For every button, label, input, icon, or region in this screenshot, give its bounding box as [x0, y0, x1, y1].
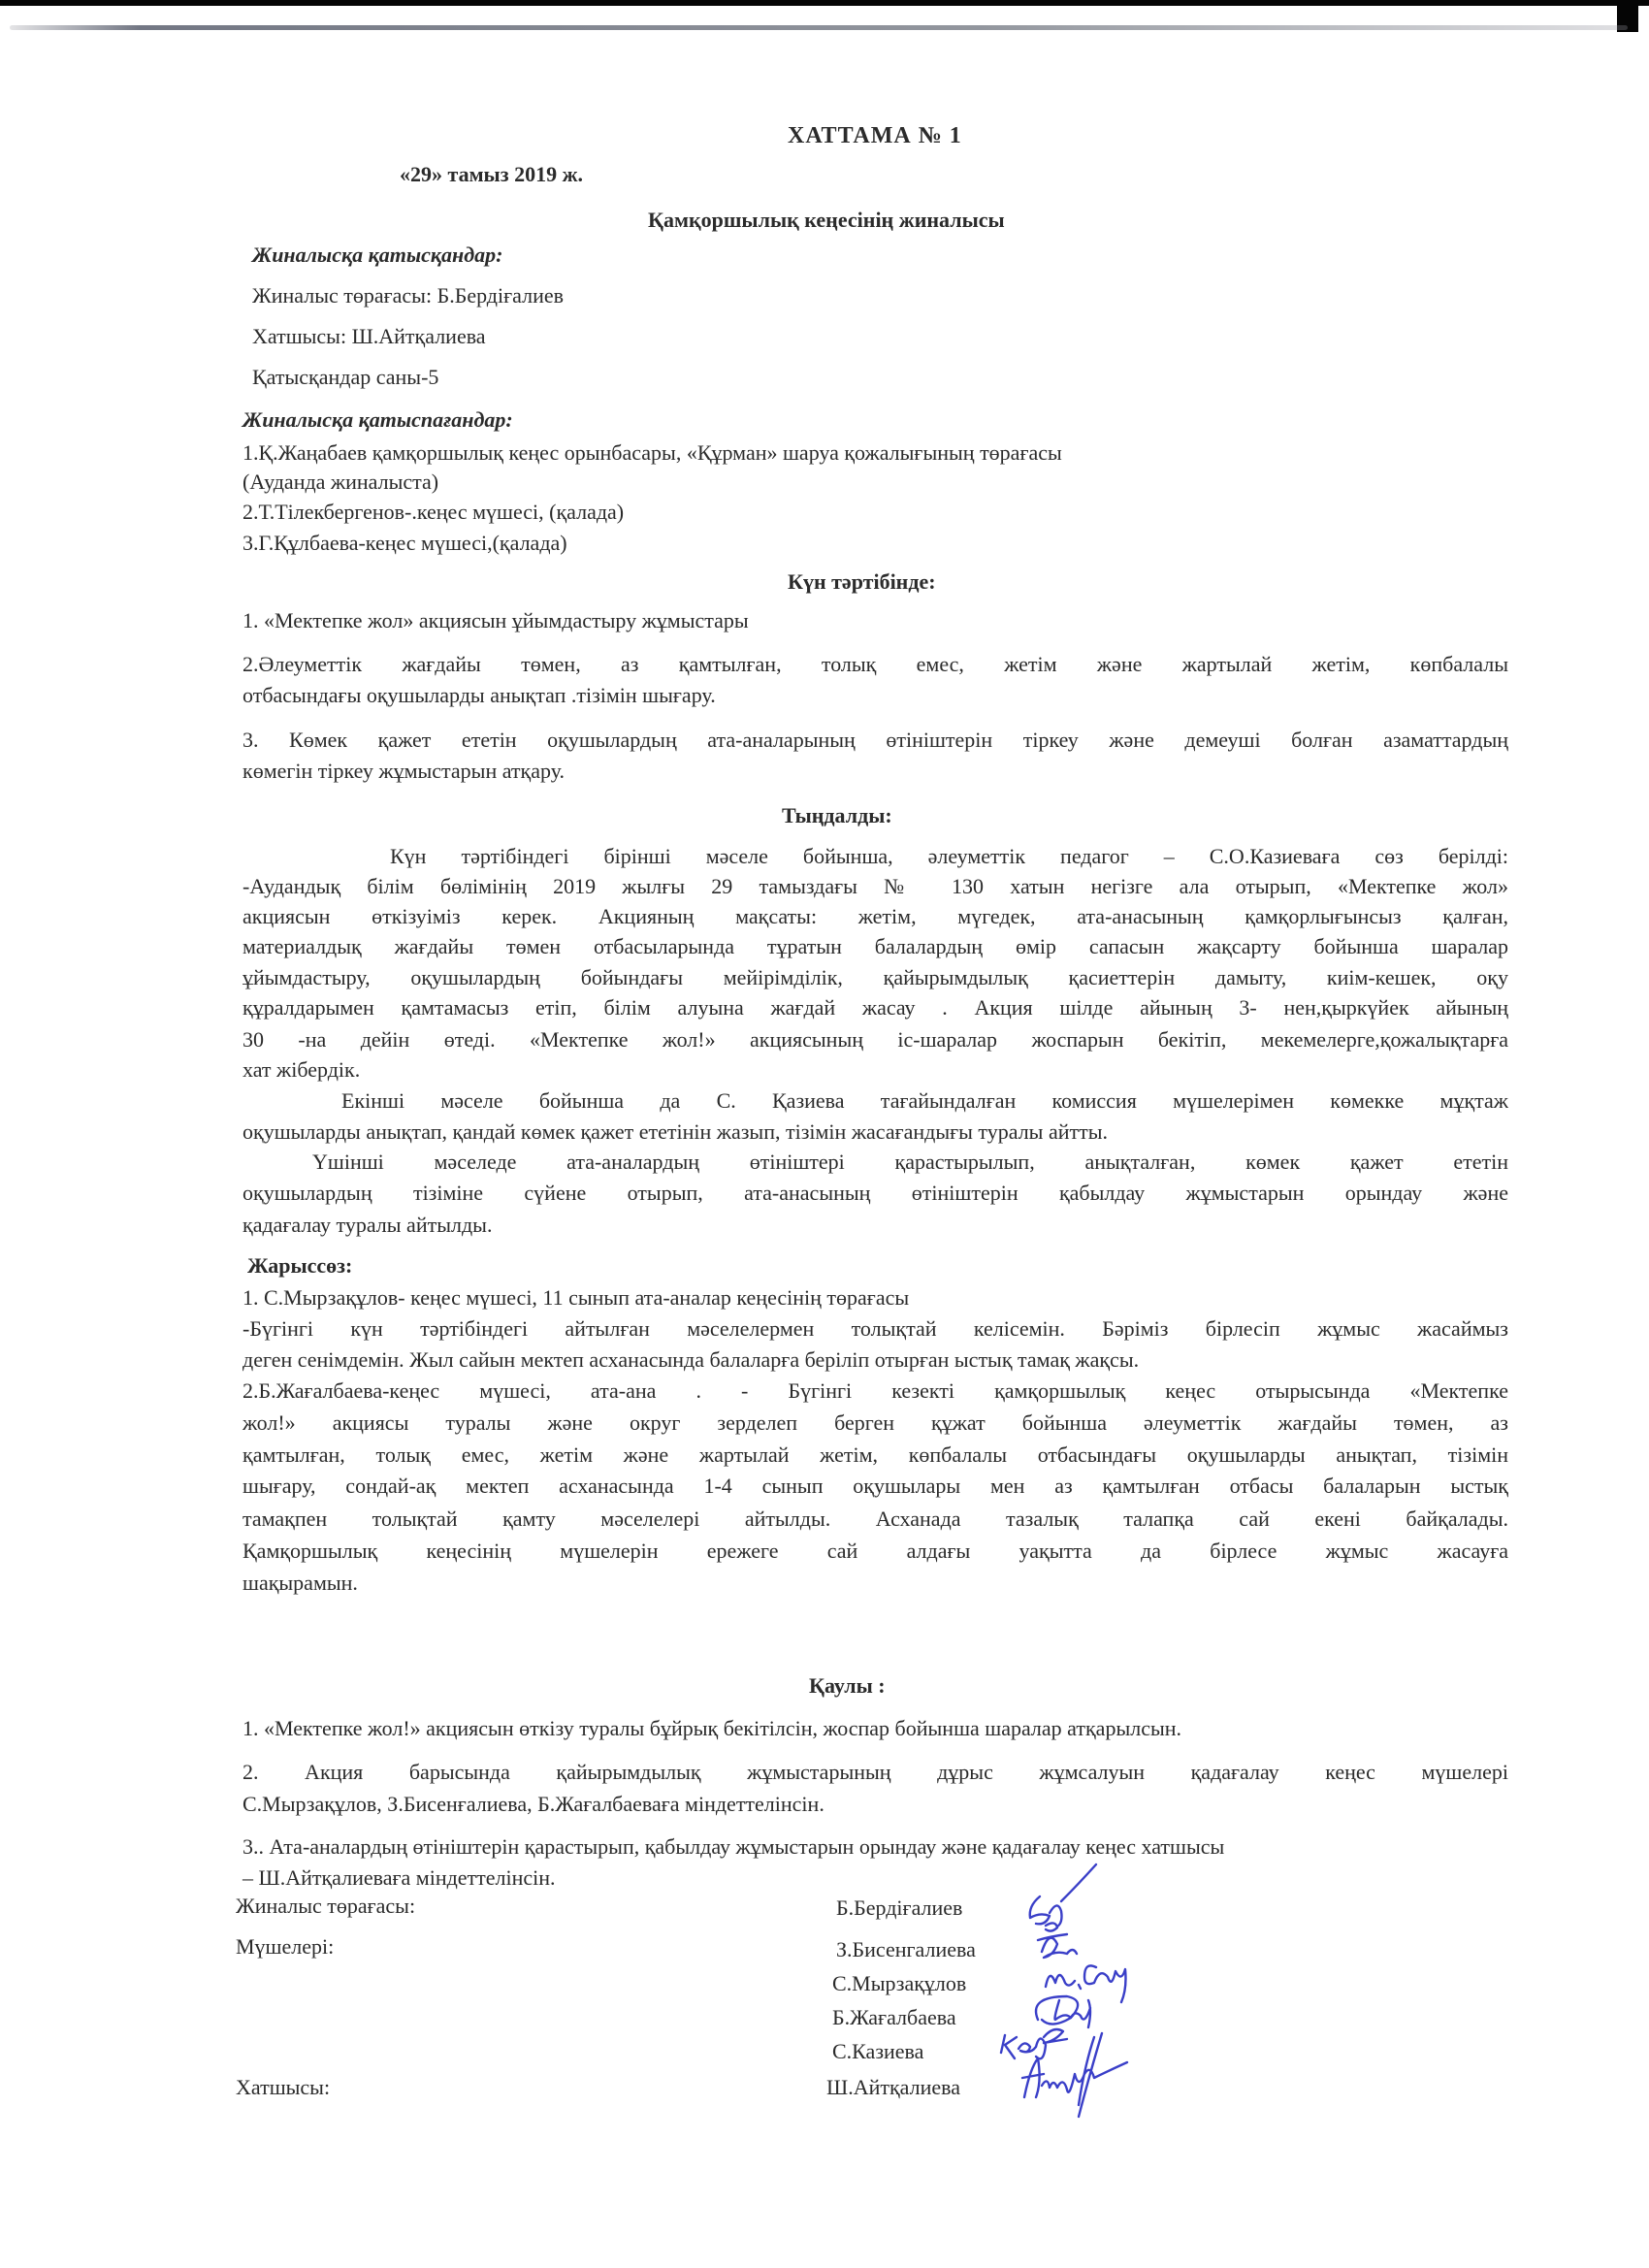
signature-ink-icon	[0, 0, 1649, 2268]
